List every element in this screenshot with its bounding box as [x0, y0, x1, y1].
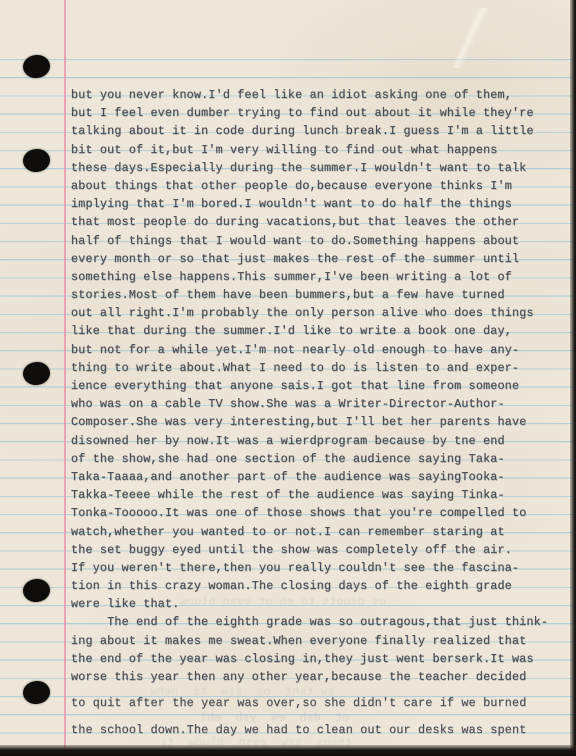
typed-line: like that during the summer.I'd like to …: [71, 322, 563, 340]
hole-punch: [22, 54, 51, 80]
typed-line: thing to write about.What I need to do i…: [71, 359, 563, 377]
hole-punch: [22, 578, 51, 604]
hole-punch: [22, 361, 51, 387]
typed-line: stories.Most of them have been bummers,b…: [71, 286, 563, 304]
typed-line: to quit after the year was over,so she d…: [71, 694, 526, 712]
margin-line: [64, 0, 66, 756]
typed-line: but I feel even dumber trying to find ou…: [71, 104, 563, 122]
typed-line: something else happens.This summer,I've …: [71, 268, 563, 286]
typed-line: about things that other people do,becaus…: [71, 177, 563, 195]
typed-line: ing about it makes me sweat.When everyon…: [71, 632, 563, 650]
typed-line: out all right.I'm probably the only pers…: [71, 304, 563, 322]
paper-crease: [396, 8, 546, 68]
scan-edge-right: [570, 0, 576, 756]
typed-line: worse this year then any other year,beca…: [71, 668, 563, 686]
typed-line: the end of the year was closing in,they …: [71, 650, 563, 668]
scanned-page: os dsuots to eb ot evsn bluow ti tuobs g…: [0, 0, 576, 756]
typed-line: implying that I'm bored.I wouldn't want …: [71, 195, 563, 213]
typed-line: disowned her by now.It was a wierdprogra…: [71, 432, 563, 450]
typed-line: ience everything that anyone sais.I got …: [71, 377, 563, 395]
typed-line: were like that.: [71, 595, 563, 613]
typed-line: that most people do during vacations,but…: [71, 213, 563, 231]
typed-line: but not for a while yet.I'm not nearly o…: [71, 341, 563, 359]
typed-line: half of things that I would want to do.S…: [71, 232, 563, 250]
typed-line: watch,whether you wanted to or not.I can…: [71, 523, 563, 541]
typed-line: If you weren't there,then you really cou…: [71, 559, 563, 577]
typed-line: Composer.She was very interesting,but I'…: [71, 413, 563, 431]
typed-line: these days.Especially during the summer.…: [71, 159, 563, 177]
typed-line: every month or so that just makes the re…: [71, 250, 563, 268]
typed-line: Takka-Teeee while the rest of the audien…: [71, 486, 563, 504]
typed-line: the set buggy eyed until the show was co…: [71, 541, 563, 559]
typed-line: who was on a cable TV show.She was a Wri…: [71, 395, 563, 413]
typed-line: the school down.The day we had to clean …: [71, 721, 526, 739]
typed-line: bit out of it,but I'm very willing to fi…: [71, 141, 563, 159]
typed-line: of the show,she had one section of the a…: [71, 450, 563, 468]
typed-line: The end of the eighth grade was so outra…: [71, 613, 563, 631]
typed-line: Taka-Taaaa,and another part of the audie…: [71, 468, 563, 486]
typewritten-body-text: but you never know.I'd feel like an idio…: [71, 86, 563, 686]
scan-edge-bottom: [0, 745, 576, 756]
typed-line: Tonka-Tooooo.It was one of those shows t…: [71, 504, 563, 522]
typed-line: talking about it in code during lunch br…: [71, 122, 563, 140]
typed-line: but you never know.I'd feel like an idio…: [71, 86, 563, 104]
hole-punch: [22, 148, 51, 174]
typed-line: tion in this crazy woman.The closing day…: [71, 577, 563, 595]
hole-punch: [22, 680, 51, 706]
